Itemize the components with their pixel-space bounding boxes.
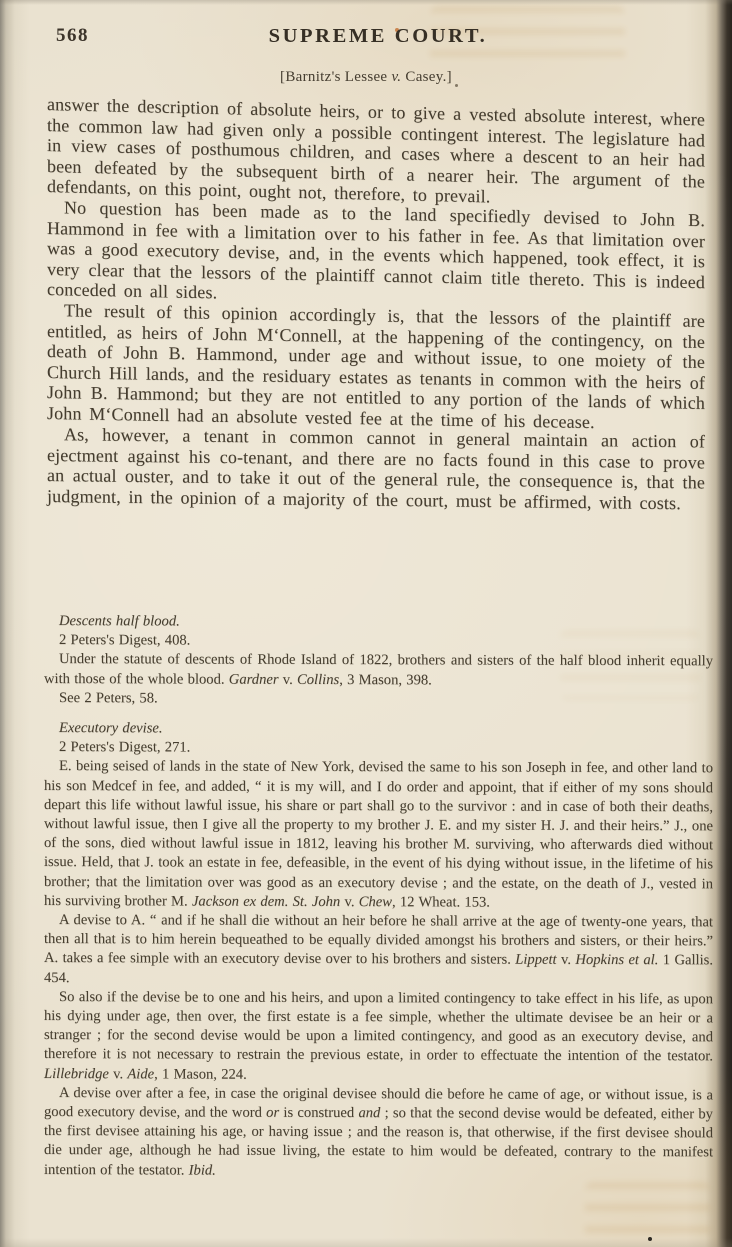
annotation-section-descents: Descents half blood. 2 Peters's Digest, … bbox=[44, 612, 713, 710]
annotation-section-executory-devise: Executory devise. 2 Peters's Digest, 271… bbox=[44, 719, 713, 1182]
opinion-paragraph: answer the description of absolute heirs… bbox=[47, 94, 705, 212]
opinion-paragraph: The result of this opinion accordingly i… bbox=[47, 300, 705, 434]
opinion-paragraph: No question has been made as to the land… bbox=[47, 197, 705, 313]
opinion-text: answer the description of absolute heirs… bbox=[47, 94, 705, 506]
annotation-digest-citation: 2 Peters's Digest, 408. bbox=[44, 631, 713, 653]
annotation-paragraph: See 2 Peters, 58. bbox=[44, 689, 713, 711]
annotation-paragraph: E. being seised of lands in the state of… bbox=[44, 757, 713, 913]
bleed-through-ghost bbox=[585, 1182, 710, 1240]
annotation-digest-citation: 2 Peters's Digest, 271. bbox=[44, 738, 713, 760]
annotation-paragraph: Under the statute of descents of Rhode I… bbox=[44, 650, 713, 691]
annotation-paragraph: So also if the devise be to one and his … bbox=[44, 988, 713, 1086]
ink-speck bbox=[648, 1237, 652, 1241]
running-title: SUPREME COURT. bbox=[12, 25, 732, 48]
book-page-scan: 568 SUPREME COURT. [Barnitz's Lessee v. … bbox=[0, 0, 732, 1247]
opinion-paragraph: As, however, a tenant in common cannot i… bbox=[47, 424, 705, 514]
annotation-paragraph: A devise to A. “ and if he shall die wit… bbox=[44, 911, 713, 990]
annotations-block: Descents half blood. 2 Peters's Digest, … bbox=[44, 612, 713, 1182]
annotation-heading: Descents half blood. bbox=[44, 612, 713, 634]
annotation-heading: Executory devise. bbox=[44, 719, 713, 741]
annotation-paragraph: A devise over after a fee, in case the o… bbox=[44, 1084, 713, 1182]
case-caption: [Barnitz's Lessee v. Casey.] bbox=[0, 69, 732, 86]
